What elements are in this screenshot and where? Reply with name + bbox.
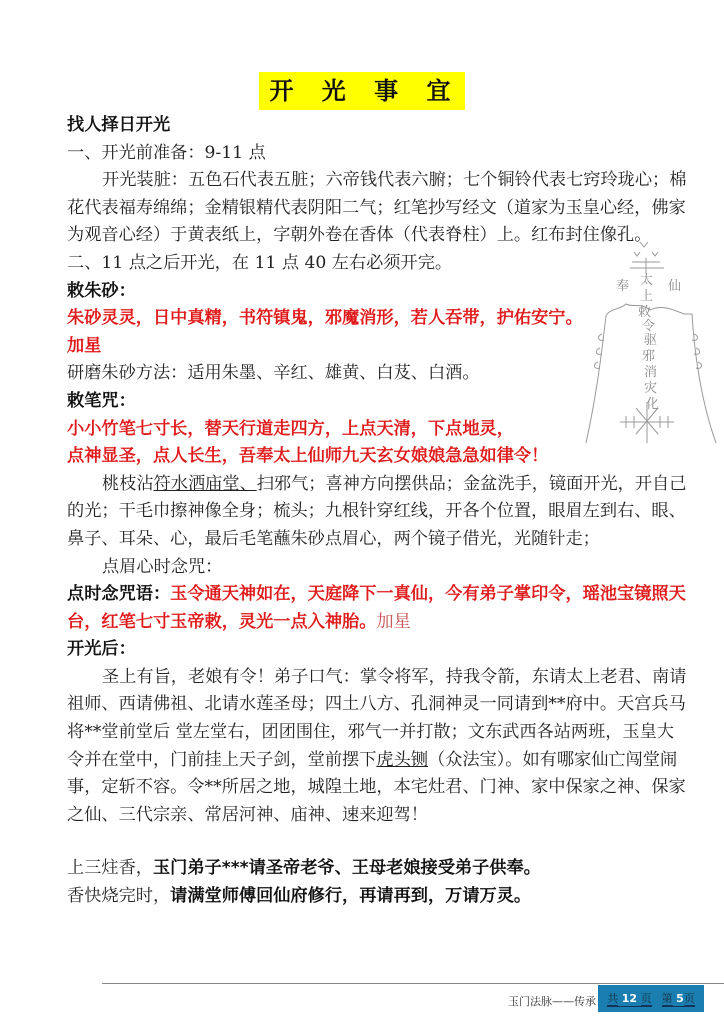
- section-heading: 找人择日开光: [67, 112, 677, 140]
- paragraph-preparation: 一、开光前准备：9-11 点: [67, 140, 677, 168]
- total-pages: 12: [622, 992, 637, 1005]
- paragraph-invocation-5: 事，定斩不容。令**所居之地，城隍土地，本宅灶君、门神、家中保家之神、保家: [67, 774, 677, 802]
- talisman-glyph-5: 敕: [638, 304, 651, 320]
- paragraph-zhuangzang-1: 开光装脏：五色石代表五脏；六帝钱代表六腑；七个铜铃代表七窍玲珑心；棉: [67, 167, 677, 195]
- incense-1-bold: 玉门弟子***请圣帝老爷、王母老娘接受弟子供奉。: [153, 858, 541, 878]
- talisman-glyph-7: 驱: [644, 333, 657, 348]
- page-indicator: 共 12 页 第 5页: [598, 985, 704, 1012]
- talisman-sketch-icon: 奉 太 上 仙 敕 令 驱 邪 消 灾 化: [580, 238, 720, 458]
- paragraph-zhuangzang-2: 花代表福寿绵绵；金精银精代表阴阳二气；红笔抄写经文（道家为玉皇心经，佛家: [67, 195, 677, 223]
- talisman-glyph-11: 化: [646, 397, 659, 412]
- talisman-glyph-4: 仙: [668, 279, 681, 294]
- chant-dian-2: 台，红笔七寸玉帝敕，灵光一点入神胎。加星: [67, 609, 677, 637]
- current-pre: 第: [662, 992, 673, 1006]
- talisman-glyph-8: 邪: [642, 349, 655, 364]
- paragraph-invocation-1: 圣上有旨，老娘有令！弟子口气：掌令将军，持我令箭，东请太上老君、南请: [67, 664, 677, 692]
- total-pages-label: 共 12 页: [607, 990, 651, 1007]
- paragraph-invocation-3: 将**堂前堂后 堂左堂右，团团围住，邪气一并打散；文东武西各站两班，玉皇大: [67, 719, 677, 747]
- invocation-4-underlined: 虎头铡: [376, 750, 428, 770]
- paragraph-incense-1: 上三炷香，玉门弟子***请圣帝老爷、王母老娘接受弟子供奉。: [67, 855, 677, 883]
- title-container: 开 光 事 宜: [0, 72, 724, 110]
- footer-divider: [102, 983, 724, 984]
- chant-dian-text-1: 玉令通天神如在，天庭降下一真仙，今有弟子掌印令，瑶池宝镜照天: [170, 584, 686, 604]
- paragraph-invocation-6: 之仙、三代宗亲、常居河神、庙神、速来迎驾！: [67, 802, 677, 830]
- chant-dian-text-2: 台，红笔七寸玉帝敕，灵光一点入神胎。: [67, 612, 376, 632]
- incense-2-pre: 香快烧完时，: [67, 886, 170, 906]
- incense-1-pre: 上三炷香，: [67, 858, 153, 878]
- total-post: 页: [641, 992, 652, 1006]
- ritual-text-underlined: 符水洒庙堂、: [154, 474, 257, 494]
- paragraph-meixin: 点眉心时念咒：: [67, 554, 677, 582]
- dian-jiaxing: 加星: [376, 612, 410, 632]
- talisman-glyph-2: 太: [640, 272, 653, 288]
- paragraph-ritual-3: 鼻子、耳朵、心，最后毛笔蘸朱砂点眉心，两个镜子借光，光随针走；: [67, 526, 677, 554]
- invocation-4-post: （众法宝）。如有哪家仙亡闯堂闹: [428, 750, 677, 770]
- invocation-4-pre: 令并在堂中，门前挂上天子剑，堂前摆下: [67, 750, 376, 770]
- talisman-glyph-9: 消: [644, 364, 657, 380]
- spacer: [67, 829, 677, 855]
- chant-dian-label: 点时念咒语：: [67, 584, 170, 604]
- paragraph-invocation-4: 令并在堂中，门前挂上天子剑，堂前摆下虎头铡（众法宝）。如有哪家仙亡闯堂闹: [67, 747, 677, 775]
- document-body: 找人择日开光 一、开光前准备：9-11 点 开光装脏：五色石代表五脏；六帝钱代表…: [67, 112, 677, 911]
- incense-2-bold: 请满堂师傅回仙府修行，再请再到，万请万灵。: [170, 886, 531, 906]
- current-post: 页: [684, 992, 695, 1006]
- page-title: 开 光 事 宜: [259, 72, 464, 110]
- talisman-glyph-10: 灾: [644, 380, 657, 396]
- document-page: 开 光 事 宜 找人择日开光 一、开光前准备：9-11 点 开光装脏：五色石代表…: [0, 0, 724, 1024]
- chant-dian-1: 点时念咒语：玉令通天神如在，天庭降下一真仙，今有弟子掌印令，瑶池宝镜照天: [67, 581, 677, 609]
- ritual-text-pre: 桃枝沾: [102, 474, 154, 494]
- total-pre: 共: [607, 992, 618, 1006]
- talisman-glyph-1: 奉: [616, 279, 629, 294]
- paragraph-ritual-1: 桃枝沾符水洒庙堂、扫邪气；喜神方向摆供品；金盆洗手，镜面开光，开自己: [67, 471, 677, 499]
- heading-after: 开光后：: [67, 636, 677, 664]
- ritual-text-post: 扫邪气；喜神方向摆供品；金盆洗手，镜面开光，开自己: [257, 474, 687, 494]
- footer-tagline: 玉门法脉——传承: [508, 993, 596, 1009]
- current-page-label: 第 5页: [662, 990, 695, 1007]
- talisman-glyph-3: 上: [640, 289, 653, 304]
- current-page: 5: [676, 992, 684, 1005]
- paragraph-invocation-2: 祖师、西请佛祖、北请水莲圣母；四土八方、孔洞神灵一同请到**府中。天宫兵马: [67, 691, 677, 719]
- talisman-glyph-6: 令: [642, 318, 655, 334]
- paragraph-ritual-2: 的光；干毛巾擦神像全身；梳头；九根针穿红线，开各个位置，眼眉左到右、眼、: [67, 498, 677, 526]
- paragraph-incense-2: 香快烧完时，请满堂师傅回仙府修行，再请再到，万请万灵。: [67, 883, 677, 911]
